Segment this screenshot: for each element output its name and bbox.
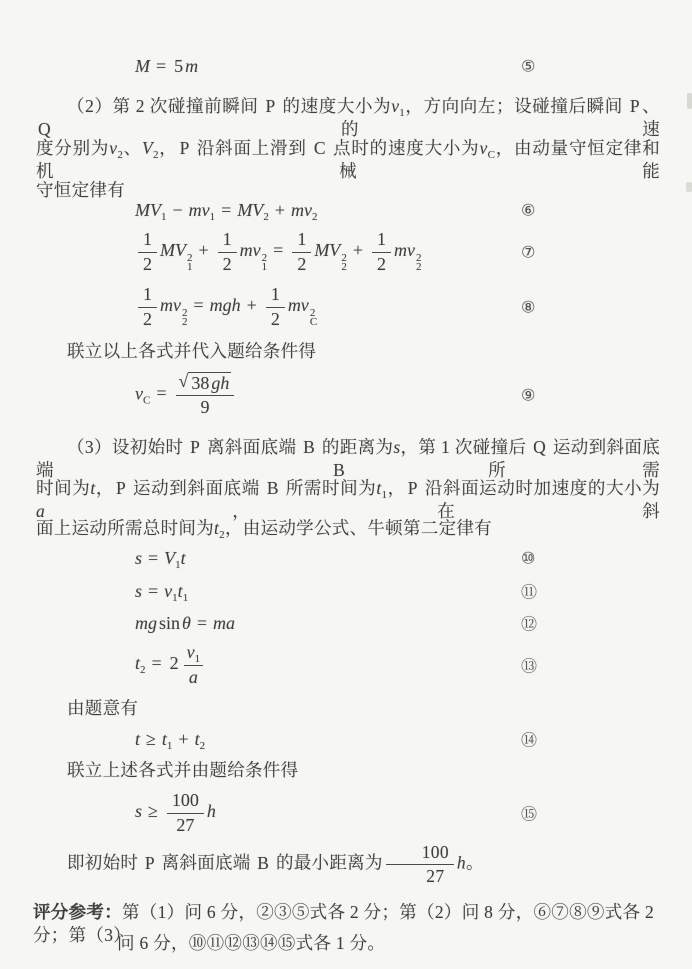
math-token: MV	[314, 240, 340, 260]
math-token: 2	[141, 253, 154, 276]
equation-row-11: s=v1t1 ⑪	[135, 578, 605, 604]
math-token: 2	[223, 254, 232, 274]
math-token: 联立以上各式并代入题给条件得	[67, 341, 316, 361]
math-token: 2	[141, 308, 154, 331]
math-token: =	[152, 653, 162, 673]
math-token: √38gh	[176, 372, 235, 396]
equation-row-12: mgsinθ=ma ⑫	[135, 610, 605, 636]
math-token: MV	[237, 200, 263, 220]
math-token: 100	[167, 790, 204, 814]
equation-row-7: 12MV21+12mv21=12MV22+12mv22 ⑦	[135, 229, 605, 275]
equation-row-10: s=V1t ⑩	[135, 545, 605, 571]
math-token: ，方向向左；设碰撞后瞬间	[405, 96, 628, 116]
scan-edge-artifact	[687, 93, 692, 109]
equation-number-15: ⑮	[521, 802, 537, 825]
math-token: B	[267, 478, 279, 498]
linking-sentence-1: 联立以上各式并代入题给条件得	[67, 340, 316, 363]
conclusion-sentence: 即初始时 P 离斜面底端 B 的最小距离为10027h。	[36, 842, 660, 887]
math-token: +	[353, 240, 363, 260]
math-token: ，由运动学公式、牛顿第二定律有	[225, 518, 492, 538]
math-token: 守恒定律有	[36, 180, 125, 200]
math-token: √38gh9	[176, 372, 235, 418]
math-token: 沿斜面运动时加速度的大小为	[420, 478, 660, 498]
math-token: v	[135, 383, 143, 403]
math-token: +	[178, 729, 188, 749]
paragraph-3-line-3: 面上运动所需总时间为t2，由运动学公式、牛顿第二定律有	[36, 517, 660, 540]
math-token: 12	[138, 229, 157, 275]
equation-row-13: t2=2v1a ⑬	[135, 641, 605, 689]
math-token: mg	[135, 613, 157, 633]
math-token: 2	[200, 740, 206, 752]
math-token: 27	[174, 814, 196, 837]
paragraph-3-line-2: 时间为t，P 运动到斜面底端 B 所需时间为t1，P 沿斜面运动时加速度的大小为…	[36, 477, 660, 523]
math-token: P	[265, 96, 275, 116]
math-token: B	[257, 853, 269, 873]
math-token: =	[273, 240, 283, 260]
math-token: C	[314, 138, 326, 158]
math-token: ≥	[148, 801, 158, 821]
math-token: 12	[218, 229, 237, 275]
math-token: h	[207, 801, 216, 821]
math-token: P	[630, 96, 640, 116]
math-token: （2）第 2 次碰撞前瞬间	[67, 96, 263, 116]
math-token: 1	[183, 592, 189, 604]
math-token: 离斜面底端	[202, 437, 301, 457]
equation-row-15: s≥10027h ⑮	[135, 789, 605, 837]
math-token: 1	[143, 284, 152, 304]
math-token: 评分参考：	[33, 902, 122, 922]
math-token: 点时的速度大小为	[328, 138, 480, 158]
math-token: 2	[170, 653, 179, 673]
math-token: 1	[210, 211, 216, 223]
equation-13: t2=2v1a	[135, 642, 206, 688]
math-token: 1	[271, 284, 280, 304]
math-token: mgh	[210, 295, 241, 315]
math-token: P	[180, 138, 190, 158]
math-token: v1a	[184, 642, 204, 688]
math-token: ，	[96, 478, 114, 498]
equation-number-8: ⑧	[521, 298, 535, 317]
math-token: P	[116, 478, 126, 498]
math-token: M	[135, 56, 150, 76]
math-token: =	[221, 200, 231, 220]
equation-7: 12MV21+12mv21=12MV22+12mv22	[135, 229, 421, 275]
math-token: 的速	[53, 119, 660, 139]
math-token: 2	[297, 254, 306, 274]
paragraph-2-line-1: （2）第 2 次碰撞前瞬间 P 的速度大小为v1，方向向左；设碰撞后瞬间 P、Q…	[36, 95, 660, 141]
math-token: 22	[182, 309, 188, 327]
math-token: 1	[143, 229, 152, 249]
math-token: 2	[143, 254, 152, 274]
math-token: 时间为	[36, 478, 90, 498]
math-token: 运动到斜面底端	[128, 478, 265, 498]
math-token: V	[142, 138, 153, 158]
math-token: Q	[533, 437, 546, 457]
equation-number-5: ⑤	[521, 57, 535, 76]
math-token: 即初始时	[67, 853, 143, 873]
equation-row-6: MV1−mv1=MV2+mv2 ⑥	[135, 197, 605, 223]
math-token: C	[310, 318, 317, 327]
math-token: 度分别为	[36, 138, 109, 158]
math-token: a	[189, 667, 198, 687]
equation-row-14: t≥t1+t2 ⑭	[135, 726, 605, 752]
math-token: 1	[167, 740, 173, 752]
math-token: 、	[642, 96, 660, 116]
math-token: 沿斜面上滑到	[192, 138, 312, 158]
math-token: t	[181, 548, 186, 568]
math-token: 2	[271, 309, 280, 329]
paragraph-2-line-2: 度分别为v2、V2，P 沿斜面上滑到 C 点时的速度大小为vC，由动量守恒定律和…	[36, 137, 660, 183]
equation-number-13: ⑬	[521, 654, 537, 677]
math-token: C	[143, 394, 150, 406]
equation-number-10: ⑩	[521, 549, 535, 568]
math-token: 9	[198, 396, 211, 419]
math-token: 21	[187, 254, 193, 272]
math-token: 由题意有	[67, 698, 138, 718]
equation-number-11: ⑪	[521, 580, 537, 603]
math-token: mv	[394, 240, 415, 260]
math-token: mv	[288, 295, 309, 315]
math-token: MV	[160, 240, 186, 260]
math-token: =	[156, 383, 166, 403]
math-token: 的最小距离为	[271, 853, 382, 873]
equation-10: s=V1t	[135, 548, 186, 569]
math-token: 2	[182, 318, 188, 327]
equation-number-6: ⑥	[521, 201, 535, 220]
math-token: 1	[266, 284, 285, 308]
equation-15: s≥10027h	[135, 790, 216, 836]
math-token: mv	[189, 200, 210, 220]
math-token: 1	[138, 284, 157, 308]
math-token: √38gh	[179, 372, 232, 394]
math-token: t	[135, 729, 140, 749]
math-token: v	[480, 138, 488, 158]
math-token: 2	[221, 253, 234, 276]
paragraph-3-line-1: （3）设初始时 P 离斜面底端 B 的距离为s，第 1 次碰撞后 Q 运动到斜面…	[36, 436, 660, 482]
math-token: 9	[200, 397, 209, 417]
math-token: 2	[295, 253, 308, 276]
equation-6: MV1−mv1=MV2+mv2	[135, 200, 317, 221]
equation-12: mgsinθ=ma	[135, 613, 235, 634]
math-token: 1	[372, 229, 391, 253]
equation-11: s=v1t1	[135, 581, 188, 602]
math-token: =	[148, 548, 158, 568]
math-token: a	[189, 666, 198, 689]
math-token: 5	[174, 56, 183, 76]
math-token: 1	[138, 229, 157, 253]
math-token: 1	[292, 229, 311, 253]
math-token: 27	[426, 866, 444, 886]
math-token: gh	[211, 373, 229, 393]
math-token: 38	[191, 373, 209, 393]
scoring-reference-line-2: 问 6 分，⑩⑪⑫⑬⑭⑮式各 1 分。	[117, 932, 385, 955]
math-token: 、	[123, 138, 142, 158]
math-token: 27	[176, 815, 194, 835]
math-token: =	[156, 56, 166, 76]
linking-sentence-by-problem: 由题意有	[67, 697, 138, 720]
math-token: mv	[160, 295, 181, 315]
math-token: 的距离为	[317, 437, 393, 457]
math-token: v1	[184, 642, 204, 666]
equation-number-14: ⑭	[521, 728, 537, 751]
scan-edge-artifact	[686, 182, 692, 192]
math-token: 12	[266, 284, 285, 330]
equation-row-5: M=5m ⑤	[135, 53, 605, 79]
math-token: 1	[297, 229, 306, 249]
math-token: sin	[159, 613, 180, 633]
math-token: s	[135, 581, 142, 601]
math-token: s	[135, 801, 142, 821]
equation-8: 12mv22=mgh+12mv2C	[135, 284, 317, 330]
math-token: 2	[416, 263, 422, 272]
math-token: ma	[213, 613, 235, 633]
math-token: =	[148, 581, 158, 601]
math-token: 2	[375, 253, 388, 276]
math-token: v	[164, 581, 172, 601]
math-token: v	[187, 642, 195, 662]
linking-sentence-2: 联立上述各式并由题给条件得	[67, 759, 298, 782]
math-token: 所需时间为	[281, 478, 377, 498]
math-token: 100	[172, 790, 199, 810]
math-token: mv	[240, 240, 261, 260]
math-token: =	[194, 295, 204, 315]
math-token: P	[190, 437, 200, 457]
math-token: ，	[159, 138, 178, 158]
math-token: √	[179, 371, 189, 392]
math-token: mv	[291, 200, 312, 220]
math-token: 12	[292, 229, 311, 275]
math-token: 1	[223, 229, 232, 249]
math-token: 的速度大小为	[278, 96, 392, 116]
math-token: 38gh	[188, 372, 231, 394]
math-token: 问 6 分，⑩⑪⑫⑬⑭⑮式各 1 分。	[117, 933, 385, 953]
math-token: 联立上述各式并由题给条件得	[67, 760, 298, 780]
math-token: 2	[140, 664, 146, 676]
math-token: 2	[269, 308, 282, 331]
math-token: +	[199, 240, 209, 260]
math-token: 22	[416, 254, 422, 272]
math-token: θ	[182, 613, 191, 633]
math-token: 22	[341, 254, 347, 272]
math-token: ，第 1 次碰撞后	[400, 437, 531, 457]
math-token: 12	[138, 284, 157, 330]
math-token: 1	[218, 229, 237, 253]
math-token: 10027	[386, 842, 454, 887]
math-token: s	[135, 548, 142, 568]
math-token: +	[275, 200, 285, 220]
math-token: m	[185, 56, 198, 76]
math-token: 1	[195, 653, 201, 665]
equation-9: vC=√38gh9	[135, 372, 237, 418]
math-token: =	[197, 613, 207, 633]
math-token: ≥	[146, 729, 156, 749]
math-token: −	[173, 200, 183, 220]
equation-number-12: ⑫	[521, 612, 537, 635]
math-token: 100	[422, 842, 449, 862]
math-token: P	[145, 853, 155, 873]
math-token: 12	[372, 229, 391, 275]
math-token: 面上运动所需总时间为	[36, 518, 214, 538]
equation-5: M=5m	[135, 56, 198, 77]
math-token: 21	[262, 254, 268, 272]
equation-number-9: ⑨	[521, 386, 535, 405]
math-token: 2	[263, 211, 269, 223]
math-token: 100	[386, 842, 454, 865]
math-token: B	[303, 437, 315, 457]
math-token: 27	[393, 865, 446, 887]
math-token: 2	[377, 254, 386, 274]
math-token: ，	[387, 478, 405, 498]
math-token: V	[164, 548, 175, 568]
math-token: 1	[161, 211, 167, 223]
math-token: （3）设初始时	[67, 437, 188, 457]
math-token: +	[247, 295, 257, 315]
math-token: 1	[377, 229, 386, 249]
equation-row-9: vC=√38gh9 ⑨	[135, 368, 605, 422]
math-token: P	[408, 478, 418, 498]
math-token: 2	[312, 211, 318, 223]
math-token: 1	[262, 263, 268, 272]
math-token: h	[457, 853, 466, 873]
math-token: MV	[135, 200, 161, 220]
math-token: 。	[466, 853, 484, 873]
math-token: 2	[143, 309, 152, 329]
equation-14: t≥t1+t2	[135, 729, 205, 750]
math-token: 10027	[167, 790, 204, 836]
math-token: 2C	[310, 309, 317, 327]
equation-number-7: ⑦	[521, 243, 535, 262]
math-token: 离斜面底端	[157, 853, 255, 873]
math-token: Q	[38, 119, 51, 139]
math-token: 1	[187, 263, 193, 272]
scanned-exam-solution-page: M=5m ⑤ （2）第 2 次碰撞前瞬间 P 的速度大小为v1，方向向左；设碰撞…	[0, 0, 692, 969]
math-token: 2	[341, 263, 347, 272]
equation-row-8: 12mv22=mgh+12mv2C ⑧	[135, 284, 605, 330]
